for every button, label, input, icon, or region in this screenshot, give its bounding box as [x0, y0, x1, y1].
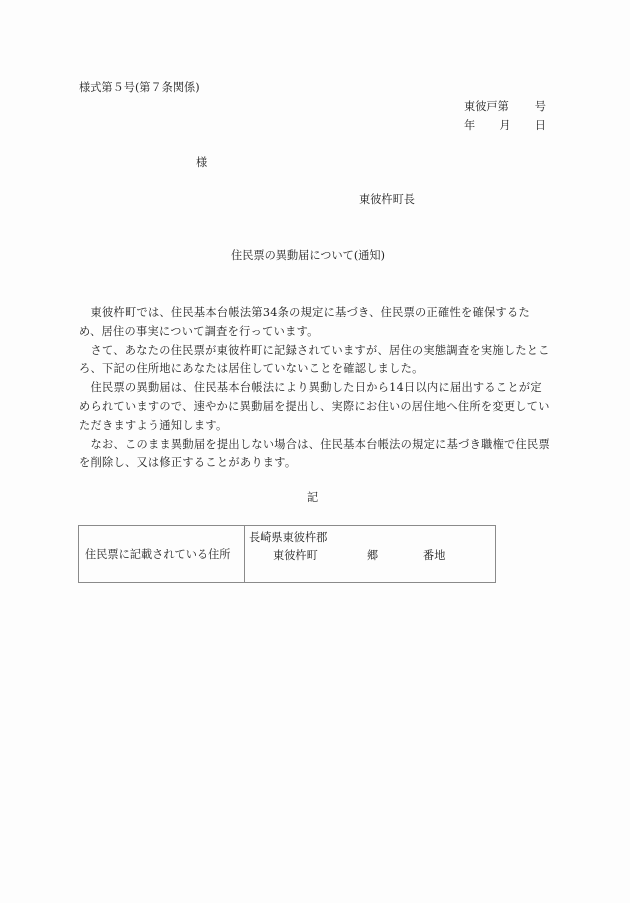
doc-number-suffix: 号: [535, 101, 546, 112]
notice-body: 東彼杵町では、住民基本台帳法第34条の規定に基づき、住民票の正確性を確保するため…: [79, 304, 551, 473]
address-value: 長崎県東彼杵郡 東彼杵町 郷 番地: [245, 526, 495, 582]
paragraph-4: なお、このまま異動届を提出しない場合は、住民基本台帳法の規定に基づき職権で住民票…: [79, 436, 551, 474]
paragraph-2: さて、あなたの住民票が東彼杵町に記録されていますが、居住の実態調査を実施したとこ…: [79, 342, 551, 380]
address-table: 住民票に記載されている住所 長崎県東彼杵郡 東彼杵町 郷 番地: [78, 525, 496, 583]
paragraph-1: 東彼杵町では、住民基本台帳法第34条の規定に基づき、住民票の正確性を確保するため…: [79, 304, 551, 342]
date-year: 年: [464, 120, 475, 131]
document-number: 東彼戸第 号: [464, 101, 546, 112]
issue-date: 年 月 日: [464, 120, 546, 131]
form-label: 様式第５号(第７条関係): [79, 82, 200, 93]
sender-name: 東彼杵町長: [359, 194, 415, 205]
document-title: 住民票の異動届について(通知): [231, 250, 385, 261]
address-district: 郷: [367, 550, 378, 561]
address-label: 住民票に記載されている住所: [79, 526, 245, 582]
address-lot: 番地: [423, 550, 445, 561]
paragraph-3: 住民票の異動届は、住民基本台帳法により異動した日から14日以内に届出することが定…: [79, 379, 551, 435]
ki-heading: 記: [307, 492, 318, 503]
addressee-suffix: 様: [196, 157, 207, 168]
doc-number-prefix: 東彼戸第: [464, 101, 509, 112]
date-month: 月: [499, 120, 510, 131]
address-prefecture-county: 長崎県東彼杵郡: [249, 532, 327, 543]
address-town: 東彼杵町: [273, 550, 318, 561]
date-day: 日: [535, 120, 546, 131]
